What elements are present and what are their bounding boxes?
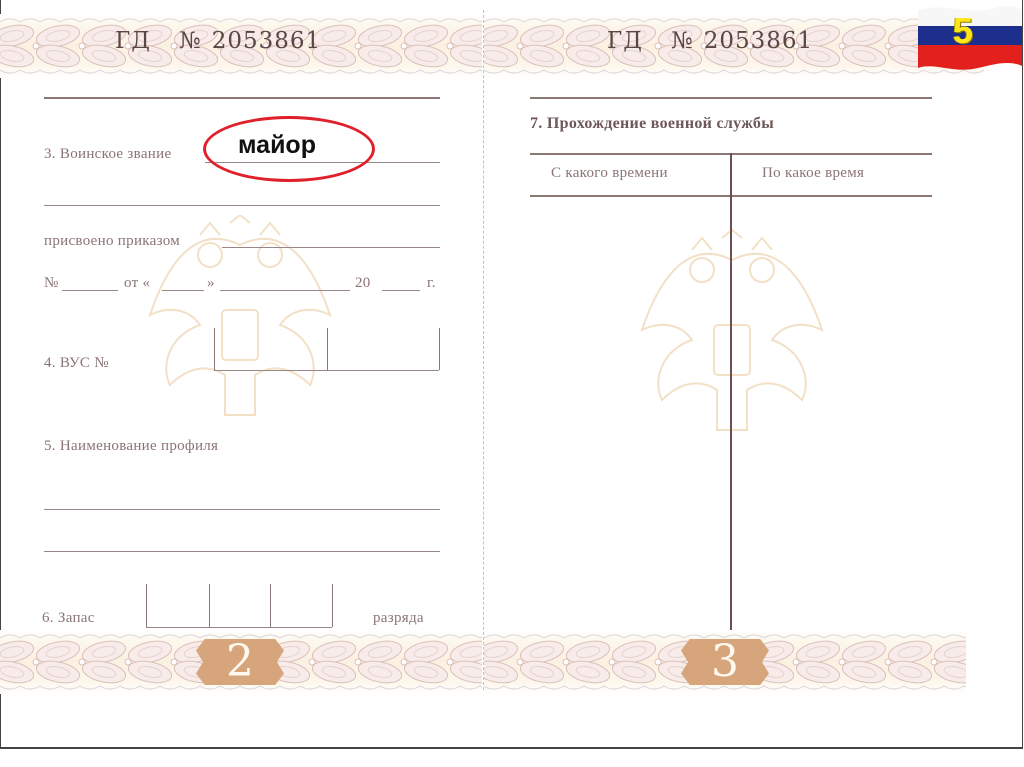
profile-label: 5. Наименование профиля [44,438,218,455]
page-number-badge-left: 2 [188,633,292,691]
military-service-title: 7. Прохождение военной службы [530,115,774,133]
page-top-rule-left [44,97,440,99]
reserve-label: 6. Запас [42,610,95,627]
order-year-line[interactable] [382,290,420,291]
serial-series: ГД [607,28,643,54]
serial-digits: 2053861 [704,28,813,54]
profile-field-line-1[interactable] [44,509,440,510]
order-day-line[interactable] [162,290,204,291]
page-number-badge-right: 3 [673,633,777,691]
order-number-label: № [44,275,59,292]
rank-label: 3. Воинское звание [44,146,171,163]
order-from-label: от « [124,275,150,292]
profile-field-line-2[interactable] [44,551,440,552]
order-month-line[interactable] [220,290,350,291]
page-number: 3 [673,637,777,687]
order-year-suffix: г. [427,275,436,292]
page-top-rule-right [530,97,932,99]
rank-field-line-2[interactable] [44,205,440,206]
serial-number-left: ГД№2053861 [115,28,321,54]
slide-number: 5 [953,10,973,52]
service-table-body[interactable] [530,197,932,627]
order-year-prefix: 20 [355,275,371,292]
order-field-line[interactable] [222,247,440,248]
number-sign: № [671,28,694,54]
vus-label: 4. ВУС № [44,355,109,372]
page-fold-line [483,10,484,690]
serial-series: ГД [115,28,151,54]
serial-digits: 2053861 [212,28,321,54]
number-sign: № [179,28,202,54]
category-label: разряда [373,610,424,627]
serial-number-right: ГД№2053861 [607,28,813,54]
order-quote-close: » [207,275,215,292]
page-number: 2 [188,637,292,687]
assigned-by-order-label: присвоено приказом [44,233,180,250]
annotation-rank-value: майор [238,131,316,160]
column-header-from: С какого времени [551,165,668,182]
order-number-line[interactable] [62,290,118,291]
column-header-to: По какое время [762,165,864,182]
